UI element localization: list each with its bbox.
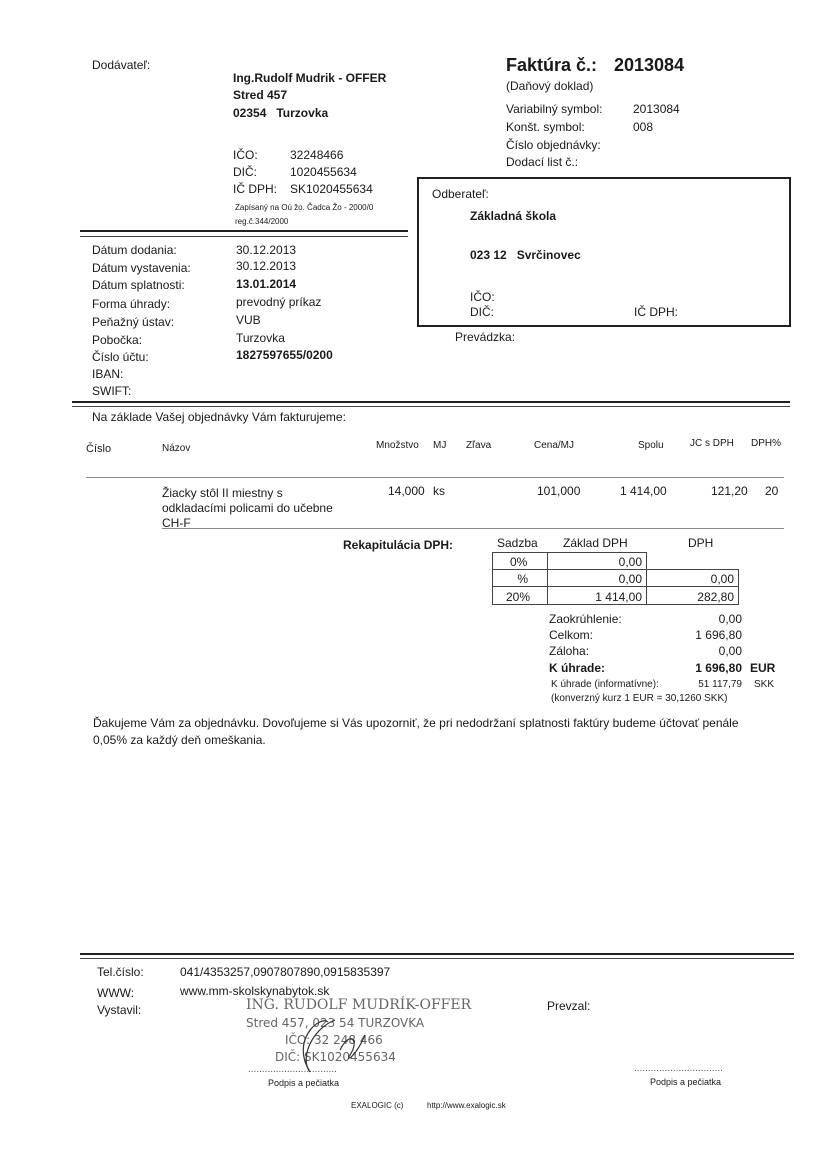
software-credit: EXALOGIC (c) — [351, 1101, 403, 1110]
col-qty: Množstvo — [376, 440, 419, 451]
issued-by-label: Vystavil: — [97, 1003, 141, 1017]
delivery-note-label: Dodací list č.: — [506, 155, 578, 169]
item-name-line-1: Žiacky stôl II miestny s — [162, 486, 283, 500]
customer-city: 023 12 Svrčinovec — [470, 248, 581, 262]
customer-ico-label: IČO: — [470, 290, 495, 304]
premises-label: Prevádzka: — [455, 330, 515, 344]
signature-line-2: ................................ — [634, 1063, 723, 1074]
var-symbol: 2013084 — [633, 102, 680, 116]
order-no-label: Číslo objednávky: — [506, 138, 601, 152]
info-amount-currency: SKK — [754, 679, 774, 690]
www-label: WWW: — [97, 986, 134, 1000]
rounding-value: 0,00 — [640, 612, 742, 626]
supplier-icdph: SK1020455634 — [290, 182, 373, 196]
customer-dic-label: DIČ: — [470, 305, 494, 319]
advance-value: 0,00 — [640, 644, 742, 658]
item-vat-pct: 20 — [765, 484, 778, 498]
divider — [80, 958, 794, 959]
bank-label: Peňažný ústav: — [92, 315, 174, 329]
customer-label: Odberateľ: — [432, 187, 489, 201]
bank: VUB — [236, 313, 261, 327]
supplier-registry-2: reg.č.344/2000 — [235, 217, 288, 226]
item-unit-price-vat: 121,20 — [711, 484, 748, 498]
col-unit-price: Cena/MJ — [534, 440, 574, 451]
col-name: Názov — [162, 443, 190, 454]
conversion-rate-note: (konverzný kurz 1 EUR = 30,1260 SKK) — [551, 693, 727, 704]
delivery-date-label: Dátum dodania: — [92, 243, 177, 257]
col-unit-price-vat: JC s DPH — [690, 438, 734, 449]
vat-amount-2: 282,80 — [648, 590, 734, 604]
vat-base-header: Základ DPH — [563, 536, 628, 550]
due-date: 13.01.2014 — [236, 277, 296, 291]
item-unit: ks — [433, 484, 445, 498]
supplier-ico: 32248466 — [290, 148, 343, 162]
const-symbol-label: Konšt. symbol: — [506, 120, 585, 134]
amount-due-currency: EUR — [750, 661, 775, 675]
supplier-dic: 1020455634 — [290, 165, 357, 179]
vat-amount-header: DPH — [688, 536, 713, 550]
website-link[interactable]: www.mm-skolskynabytok.sk — [180, 984, 329, 998]
const-symbol: 008 — [633, 120, 653, 134]
issue-date-label: Dátum vystavenia: — [92, 261, 191, 275]
vat-rate-0: 0% — [510, 555, 527, 569]
phone: 041/4353257,0907807890,0915835397 — [180, 965, 390, 979]
info-amount-label: K úhrade (informatívne): — [551, 679, 659, 690]
signature-label-2: Podpis a pečiatka — [650, 1077, 721, 1087]
supplier-registry-1: Zapísaný na Oú žo. Čadca Žo - 2000/0 — [235, 203, 373, 212]
advance-label: Záloha: — [549, 644, 589, 658]
col-vat-pct: DPH% — [751, 438, 781, 449]
col-total: Spolu — [638, 440, 664, 451]
payment-note-line-1: Ďakujeme Vám za objednávku. Dovoľujeme s… — [93, 716, 739, 730]
col-number: Číslo — [86, 443, 111, 455]
divider — [72, 401, 790, 403]
account-label: Číslo účtu: — [92, 350, 149, 364]
divider — [162, 528, 784, 529]
vat-amount-1: 0,00 — [648, 572, 734, 586]
divider — [72, 406, 790, 407]
item-name-line-2: odkladacími policami do učebne — [162, 501, 333, 515]
supplier-ico-label: IČO: — [233, 148, 258, 162]
delivery-date: 30.12.2013 — [236, 243, 296, 257]
invoice-title: Faktúra č.: — [506, 55, 597, 76]
supplier-icdph-label: IČ DPH: — [233, 182, 277, 196]
supplier-street: Stred 457 — [233, 88, 287, 102]
vat-rate-header: Sadzba — [497, 536, 538, 550]
amount-due-label: K úhrade: — [549, 661, 605, 675]
vat-rate-2: 20% — [506, 590, 530, 604]
total-value: 1 696,80 — [640, 628, 742, 642]
vat-rate-1: % — [492, 572, 528, 586]
intro-text: Na základe Vašej objednávky Vám fakturuj… — [92, 410, 346, 424]
signature-line: ................................ — [248, 1064, 337, 1075]
col-discount: Zľava — [466, 440, 491, 451]
divider — [80, 953, 794, 955]
divider — [80, 230, 408, 232]
signature-label: Podpis a pečiatka — [268, 1078, 339, 1088]
vat-base-0: 0,00 — [550, 555, 642, 569]
received-by-label: Prevzal: — [547, 999, 590, 1013]
vat-base-1: 0,00 — [550, 572, 642, 586]
total-label: Celkom: — [549, 628, 593, 642]
supplier-dic-label: DIČ: — [233, 165, 257, 179]
payment-method: prevodný príkaz — [236, 295, 321, 309]
software-url[interactable]: http://www.exalogic.sk — [427, 1101, 506, 1110]
account: 1827597655/0200 — [236, 348, 333, 362]
iban-label: IBAN: — [92, 367, 123, 381]
divider — [80, 236, 408, 237]
phone-label: Tel.číslo: — [97, 965, 144, 979]
supplier-city: 02354 Turzovka — [233, 106, 328, 120]
payment-note-line-2: 0,05% za každý deň omeškania. — [93, 733, 266, 747]
branch: Turzovka — [236, 331, 285, 345]
divider — [86, 477, 784, 478]
payment-label: Forma úhrady: — [92, 297, 170, 311]
col-unit: MJ — [433, 440, 446, 451]
customer-name: Základná škola — [470, 209, 556, 223]
customer-icdph-label: IČ DPH: — [634, 305, 678, 319]
vat-base-2: 1 414,00 — [550, 590, 642, 604]
invoice-subtitle: (Daňový doklad) — [506, 79, 593, 93]
item-qty: 14,000 — [388, 484, 425, 498]
item-total: 1 414,00 — [620, 484, 667, 498]
due-date-label: Dátum splatnosti: — [92, 278, 185, 292]
amount-due-value: 1 696,80 — [640, 661, 742, 675]
vat-recap-label: Rekapitulácia DPH: — [343, 538, 453, 552]
invoice-number: 2013084 — [614, 55, 684, 76]
issue-date: 30.12.2013 — [236, 259, 296, 273]
supplier-name: Ing.Rudolf Mudrik - OFFER — [233, 71, 386, 85]
swift-label: SWIFT: — [92, 384, 131, 398]
supplier-label: Dodávateľ: — [92, 58, 150, 72]
branch-label: Pobočka: — [92, 333, 142, 347]
rounding-label: Zaokrúhlenie: — [549, 612, 622, 626]
item-unit-price: 101,000 — [537, 484, 580, 498]
info-amount-value: 51 117,79 — [660, 679, 742, 690]
var-symbol-label: Variabilný symbol: — [506, 102, 602, 116]
